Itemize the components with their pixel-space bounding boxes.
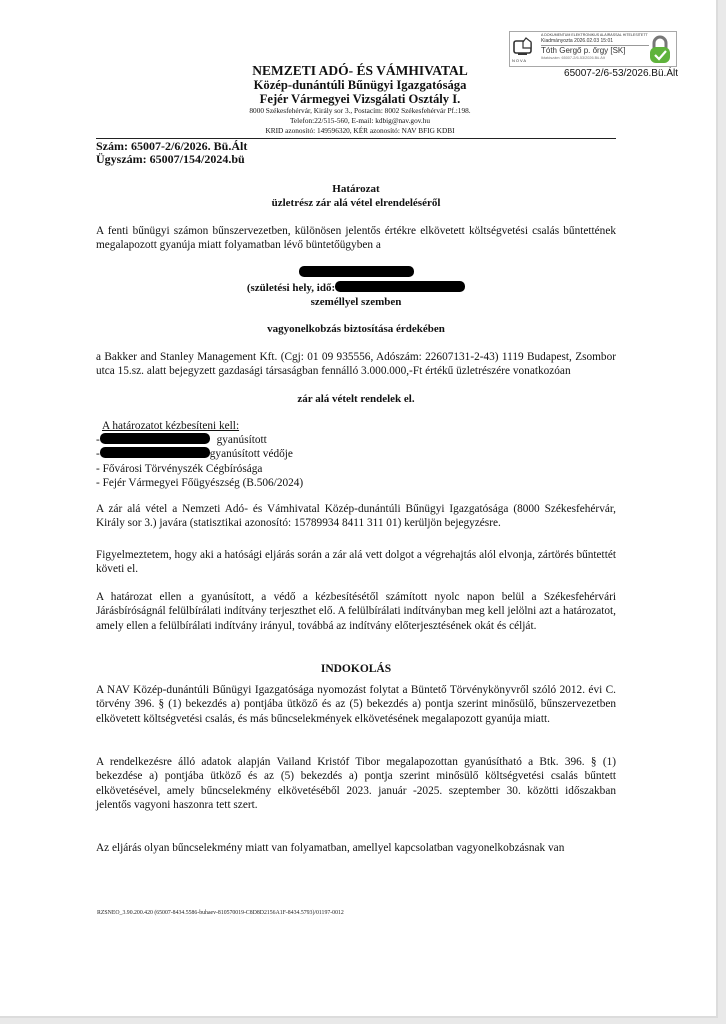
redaction-bar [299,266,414,277]
address: 8000 Székesfehérvár, Király sor 3., Post… [200,106,520,116]
reasoning-paragraph-2: A rendelkezésre álló adatok alapján Vail… [96,755,616,812]
birth-details: (születési hely, idő: [96,281,616,295]
contact: Telefon:22/515-560, E-mail: kdbig@nav.go… [200,116,520,126]
company-paragraph: a Bakker and Stanley Management Kft. (Cg… [96,350,616,379]
decision-subtitle: üzletrész zár alá vétel elrendeléséről [96,196,616,210]
redacted-person-name [96,266,616,280]
verified-lock-icon [648,35,672,65]
redaction-bar [100,447,210,458]
birth-label: (születési hely, idő: [247,282,335,294]
department-name: Fejér Vármegyei Vizsgálati Osztály I. [200,92,520,106]
stamp-reference: 65007-2/6-53/2026.Bü.Ált [540,68,678,79]
warning-paragraph: Figyelmeztetem, hogy aki a hatósági eljá… [96,548,616,577]
delivery-item: - Fejér Vármegyei Főügyészség (B.506/202… [96,476,303,490]
decision-title: Határozat [96,182,616,196]
purpose-line: vagyonelkobzás biztosítása érdekében [96,322,616,336]
e-signature-stamp: NOVA A DOKUMENTUM ELEKTRONIKUS ALÁÍRÁSSA… [509,31,677,67]
reference-numbers: Szám: 65007-2/6/2026. Bü.Ált Ügyszám: 65… [96,140,247,166]
redaction-bar [100,433,210,444]
delivery-title: A határozatot kézbesíteni kell: [96,419,303,433]
appeal-paragraph: A határozat ellen a gyanúsított, a védő … [96,590,616,633]
document-page: NOVA A DOKUMENTUM ELEKTRONIKUS ALÁÍRÁSSA… [0,0,718,1018]
intro-paragraph: A fenti bűnügyi számon bűnszervezetben, … [96,224,616,253]
agency-name: NEMZETI ADÓ- ÉS VÁMHIVATAL [200,63,520,78]
delivery-item: -gyanúsított védője [96,447,303,461]
person-line: személlyel szemben [96,295,616,309]
letterhead: NEMZETI ADÓ- ÉS VÁMHIVATAL Közép-dunántú… [200,63,520,136]
file-number: Ügyszám: 65007/154/2024.bü [96,153,247,166]
nova-monitor-icon [513,36,537,60]
delivery-item: - gyanúsított [96,433,303,447]
directorate-name: Közép-dunántúli Bűnügyi Igazgatósága [200,78,520,92]
reasoning-title: INDOKOLÁS [96,662,616,676]
registration-paragraph: A zár alá vétel a Nemzeti Adó- és Vámhiv… [96,502,616,531]
redaction-bar [335,281,465,292]
identifiers: KRID azonosító: 149596320, KÉR azonosító… [200,126,520,136]
stamp-issued: Kiadmányozta 2026.02.03 15:01 [541,38,649,46]
stamp-filing: Iktatószám: 65007-2/6-53/2026.Bü.Ált [541,56,649,61]
delivery-list: A határozatot kézbesíteni kell: - gyanús… [96,419,303,490]
order-line: zár alá vételt rendelek el. [96,392,616,406]
stamp-signer: Tóth Gergő p. őrgy [SK] [541,46,649,56]
document-footer-code: RZSNEO_3.90.200.420 (65007-8434.5586-buh… [97,910,344,916]
reasoning-paragraph-3: Az eljárás olyan bűncselekmény miatt van… [96,841,616,855]
delivery-item: - Fővárosi Törvényszék Cégbírósága [96,462,303,476]
reasoning-paragraph-1: A NAV Közép-dunántúli Bűnügyi Igazgatósá… [96,683,616,726]
